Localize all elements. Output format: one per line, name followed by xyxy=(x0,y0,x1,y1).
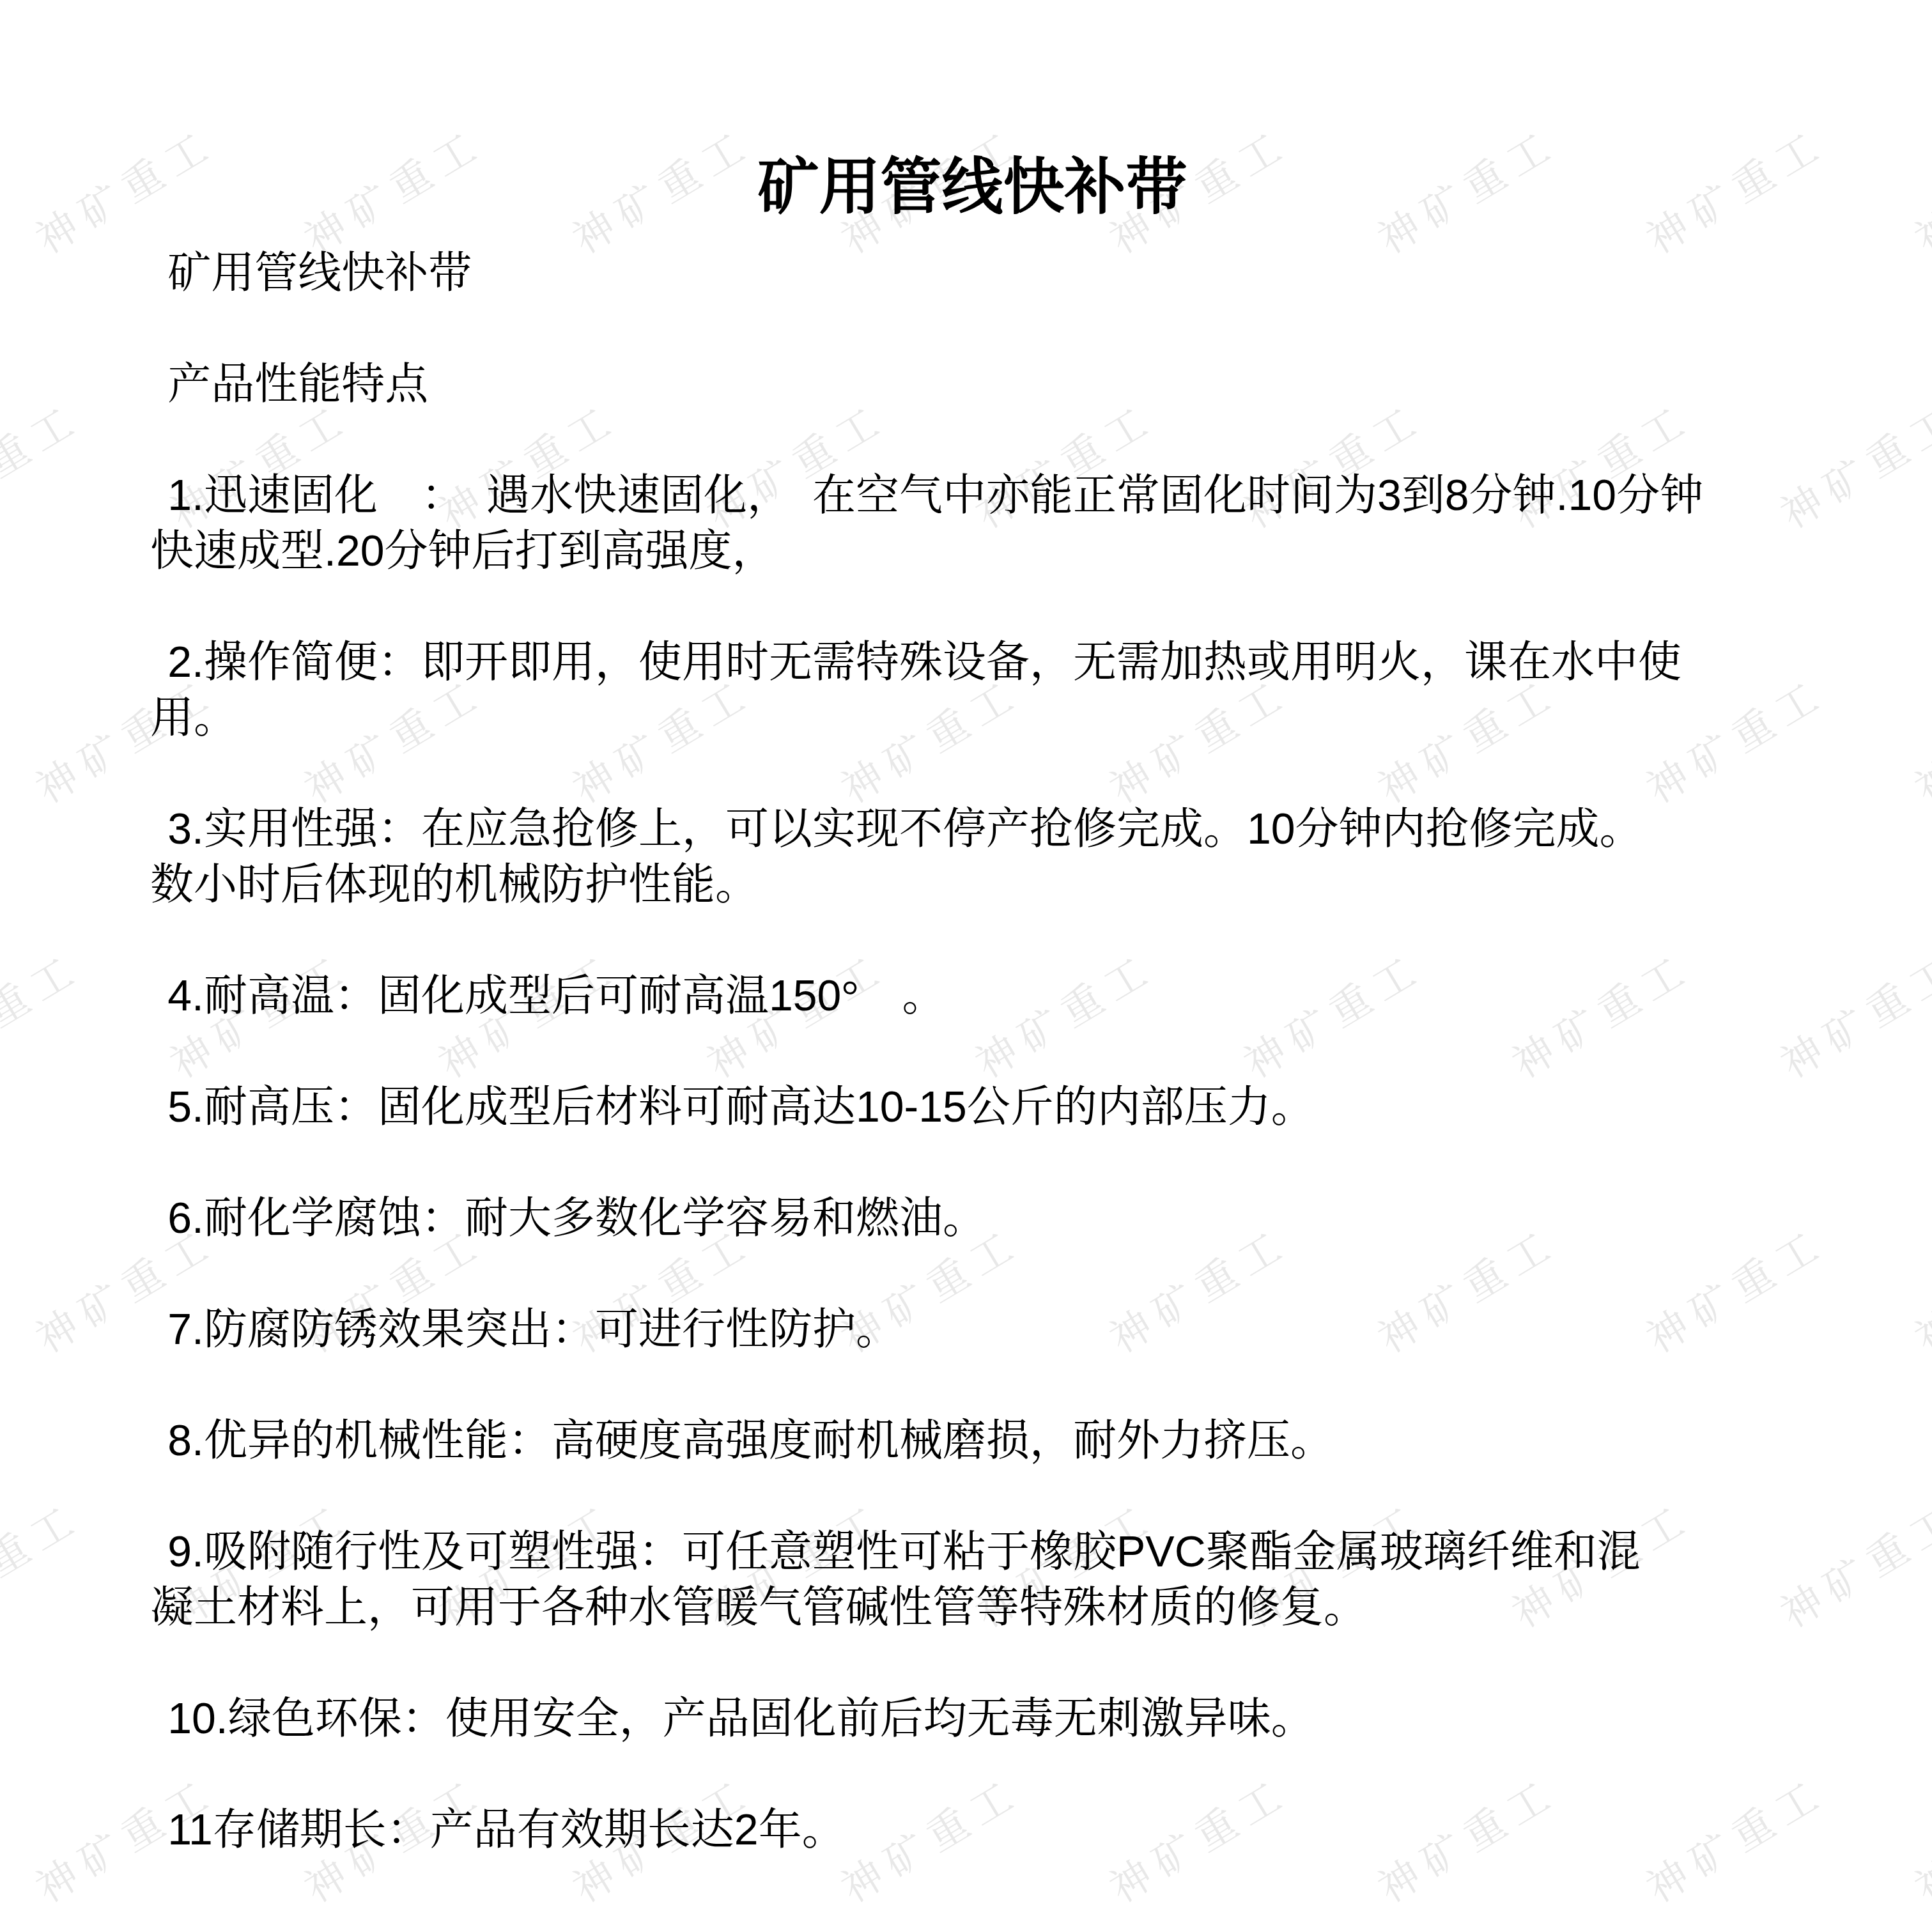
document-title: 矿用管线快补带 xyxy=(150,152,1795,222)
feature-item: 6.耐化学腐蚀：耐大多数化学容易和燃油。 xyxy=(150,1191,1795,1246)
feature-item: 5.耐高压：固化成型后材料可耐高达10-15公斤的内部压力。 xyxy=(150,1079,1795,1135)
feature-item: 7.防腐防锈效果突出：可进行性防护。 xyxy=(150,1302,1795,1357)
spacer xyxy=(150,301,1795,357)
feature-item: 10.绿色环保：使用安全，产品固化前后均无毒无刺激异味。 xyxy=(150,1691,1795,1747)
feature-item: 8.优异的机械性能：高硬度高强度耐机械磨损，耐外力挤压。 xyxy=(150,1413,1795,1469)
feature-item: 3.实用性强：在应急抢修上，可以实现不停产抢修完成。10分钟内抢修完成。 数小时… xyxy=(150,801,1795,913)
feature-item: 11存储期长：产品有效期长达2年。 xyxy=(150,1802,1795,1858)
feature-item: 2.操作简便：即开即用，使用时无需特殊设备，无需加热或用明火，课在水中使 用。 xyxy=(150,635,1795,746)
feature-item: 9.吸附随行性及可塑性强：可任意塑性可粘于橡胶PVC聚酯金属玻璃纤维和混 凝土材… xyxy=(150,1524,1795,1635)
feature-item: 4.耐高温：固化成型后可耐高温150° 。 xyxy=(150,968,1795,1024)
document-content: 矿用管线快补带 矿用管线快补带 产品性能特点 1.迅速固化 ： 遇水快速固化， … xyxy=(0,0,1932,1858)
product-subtitle: 矿用管线快补带 xyxy=(150,245,1795,301)
document-page: 神矿重工神矿重工神矿重工神矿重工神矿重工神矿重工神矿重工神矿重工神矿重工神矿重工… xyxy=(0,0,1932,1932)
feature-list: 1.迅速固化 ： 遇水快速固化， 在空气中亦能正常固化时间为3到8分钟.10分钟… xyxy=(150,468,1795,1858)
section-heading: 产品性能特点 xyxy=(150,357,1795,412)
feature-item: 1.迅速固化 ： 遇水快速固化， 在空气中亦能正常固化时间为3到8分钟.10分钟… xyxy=(150,468,1795,579)
